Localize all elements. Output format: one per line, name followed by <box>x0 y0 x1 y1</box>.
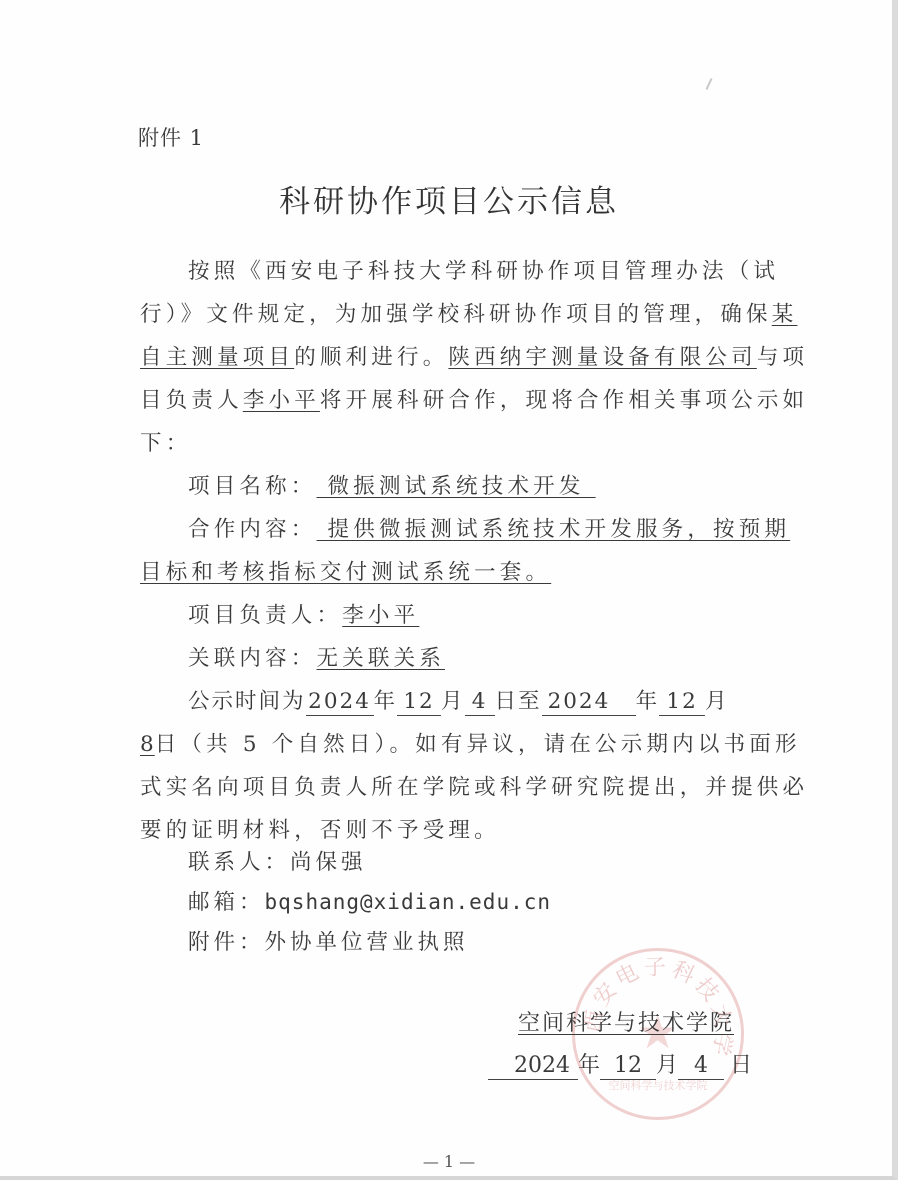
month-char: 月 <box>656 1053 678 1078</box>
project-name-value: 微振测试系统技术开发 <box>317 474 596 499</box>
intro-text: 与项 <box>757 345 808 370</box>
year-char: 年 <box>578 1053 600 1078</box>
contact-person-value: 尚保强 <box>290 850 367 875</box>
intro-text: 按照《西安电子科技大学科研协作项目管理办法（试 <box>188 259 779 284</box>
attachment-row: 附件：外协单位营业执照 <box>140 925 813 956</box>
leader-row: 项目负责人：李小平 <box>140 598 813 629</box>
project-name-label: 项目名称： <box>188 474 317 499</box>
email-value[interactable]: bqshang@xidian.edu.cn <box>265 890 552 914</box>
intro-text: 目负责人 <box>140 388 243 413</box>
document-page: 附件 1 科研协作项目公示信息 按照《西安电子科技大学科研协作项目管理办法（试 … <box>0 0 898 1180</box>
intro-text: 行）》文件规定，为加强学校科研协作项目的管理，确保 <box>140 302 772 327</box>
day-char: 日 <box>730 1053 752 1078</box>
month-char: 月 <box>705 689 729 714</box>
title-text: 科研协作项目公示信息 <box>279 184 619 220</box>
project-reference: 某 <box>772 302 798 327</box>
publicity-row-2: 8日（共 5 个自然日）。如有异议，请在公示期内以书面形 <box>140 727 765 758</box>
cooperation-row: 合作内容： 提供微振测试系统技术开发服务，按预期 <box>140 512 813 543</box>
relation-row: 关联内容：无关联关系 <box>140 641 813 672</box>
email-label: 邮箱： <box>188 890 265 915</box>
intro-line-4: 目负责人李小平将开展科研合作，现将合作相关事项公示如 <box>140 383 765 414</box>
attachment-label: 附件 1 <box>138 122 204 152</box>
intro-line-1: 按照《西安电子科技大学科研协作项目管理办法（试 <box>140 254 813 285</box>
page-number: — 1 — <box>0 1152 898 1171</box>
relation-value: 无关联关系 <box>317 646 446 671</box>
end-year: 2024 <box>542 690 636 716</box>
start-year: 2024 <box>306 690 374 716</box>
publicity-text: 式实名向项目负责人所在学院或科学研究院提出，并提供必 <box>140 775 808 800</box>
intro-text: 将开展科研合作，现将合作相关事项公示如 <box>320 388 808 413</box>
company-name: 陕西纳宇测量设备有限公司 <box>448 345 756 370</box>
signature-month: 12 <box>600 1054 656 1080</box>
intro-line-5: 下： <box>140 426 765 457</box>
cooperation-value: 提供微振测试系统技术开发服务，按预期 <box>317 517 791 542</box>
publicity-row: 公示时间为2024年12月4日至2024年12月 <box>140 684 813 716</box>
publicity-row-4: 要的证明材料，否则不予受理。 <box>140 813 765 844</box>
scan-speck <box>706 78 713 90</box>
year-char: 年 <box>636 689 660 714</box>
start-day: 4 <box>465 690 495 716</box>
end-month: 12 <box>659 690 705 716</box>
cooperation-row-continued: 目标和考核指标交付测试系统一套。 <box>140 555 765 586</box>
publicity-text: 日（共 5 个自然日）。如有异议，请在公示期内以书面形 <box>155 732 801 757</box>
relation-label: 关联内容： <box>188 646 317 671</box>
publicity-label: 公示时间为 <box>188 689 306 714</box>
month-char: 月 <box>441 689 465 714</box>
contact-person-label: 联系人： <box>188 850 290 875</box>
signature-organization: 空间科学与技术学院 <box>518 1006 734 1037</box>
intro-text: 下： <box>140 431 191 456</box>
project-reference: 自主测量项目 <box>140 345 294 370</box>
contact-person-row: 联系人：尚保强 <box>140 845 813 876</box>
day-to-text: 日至 <box>495 689 542 714</box>
attachment-value: 外协单位营业执照 <box>265 930 469 955</box>
project-leader-name: 李小平 <box>243 388 320 413</box>
intro-line-3: 自主测量项目的顺利进行。陕西纳宇测量设备有限公司与项 <box>140 340 765 371</box>
intro-text: 的顺利进行。 <box>294 345 448 370</box>
leader-value: 李小平 <box>342 603 419 628</box>
signature-year: 2024 <box>488 1054 578 1080</box>
attachment-label: 附件： <box>188 930 265 955</box>
project-name-row: 项目名称： 微振测试系统技术开发 <box>140 469 813 500</box>
year-char: 年 <box>374 689 398 714</box>
cooperation-value: 目标和考核指标交付测试系统一套。 <box>140 560 551 585</box>
intro-line-2: 行）》文件规定，为加强学校科研协作项目的管理，确保某 <box>140 297 765 328</box>
publicity-row-3: 式实名向项目负责人所在学院或科学研究院提出，并提供必 <box>140 770 765 801</box>
signature-date: 2024年12月4日 <box>488 1048 752 1080</box>
leader-label: 项目负责人： <box>188 603 342 628</box>
start-month: 12 <box>397 690 441 716</box>
page-title: 科研协作项目公示信息 <box>0 176 898 221</box>
signature-day: 4 <box>678 1054 724 1080</box>
email-row: 邮箱：bqshang@xidian.edu.cn <box>140 885 813 916</box>
publicity-text: 要的证明材料，否则不予受理。 <box>140 818 500 843</box>
cooperation-label: 合作内容： <box>188 517 317 542</box>
end-day: 8 <box>140 732 155 757</box>
